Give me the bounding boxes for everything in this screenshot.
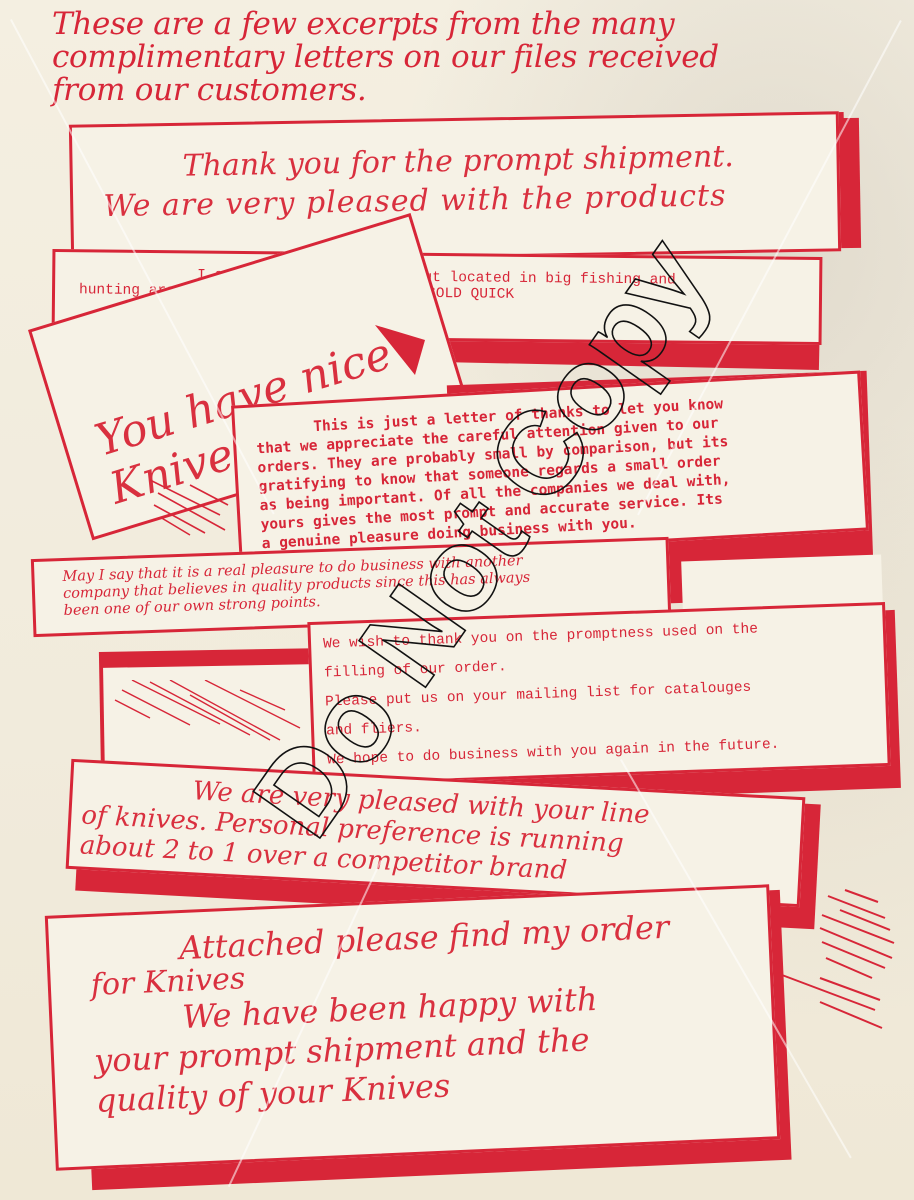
excerpt-card-1: Thank you for the prompt shipment. We ar… xyxy=(69,111,841,264)
page-title: These are a few excerpts from the many c… xyxy=(52,8,852,107)
document-page: These are a few excerpts from the many c… xyxy=(0,0,914,1200)
excerpt-card-6: We wish to thank you on the promptness u… xyxy=(307,602,890,786)
title-line-2: complimentary letters on our files recei… xyxy=(52,41,852,74)
hatch-lines-decoration-2 xyxy=(110,680,310,760)
hatch-lines-decoration-1 xyxy=(150,475,230,545)
excerpt-card-8: Attached please find my order for Knives… xyxy=(45,884,780,1170)
title-line-3: from our customers. xyxy=(52,74,852,107)
card-1-shadow-right xyxy=(839,118,861,248)
title-line-1: These are a few excerpts from the many xyxy=(52,8,852,41)
folded-corner-icon xyxy=(370,320,440,380)
hatch-lines-decoration-3 xyxy=(770,870,900,1030)
